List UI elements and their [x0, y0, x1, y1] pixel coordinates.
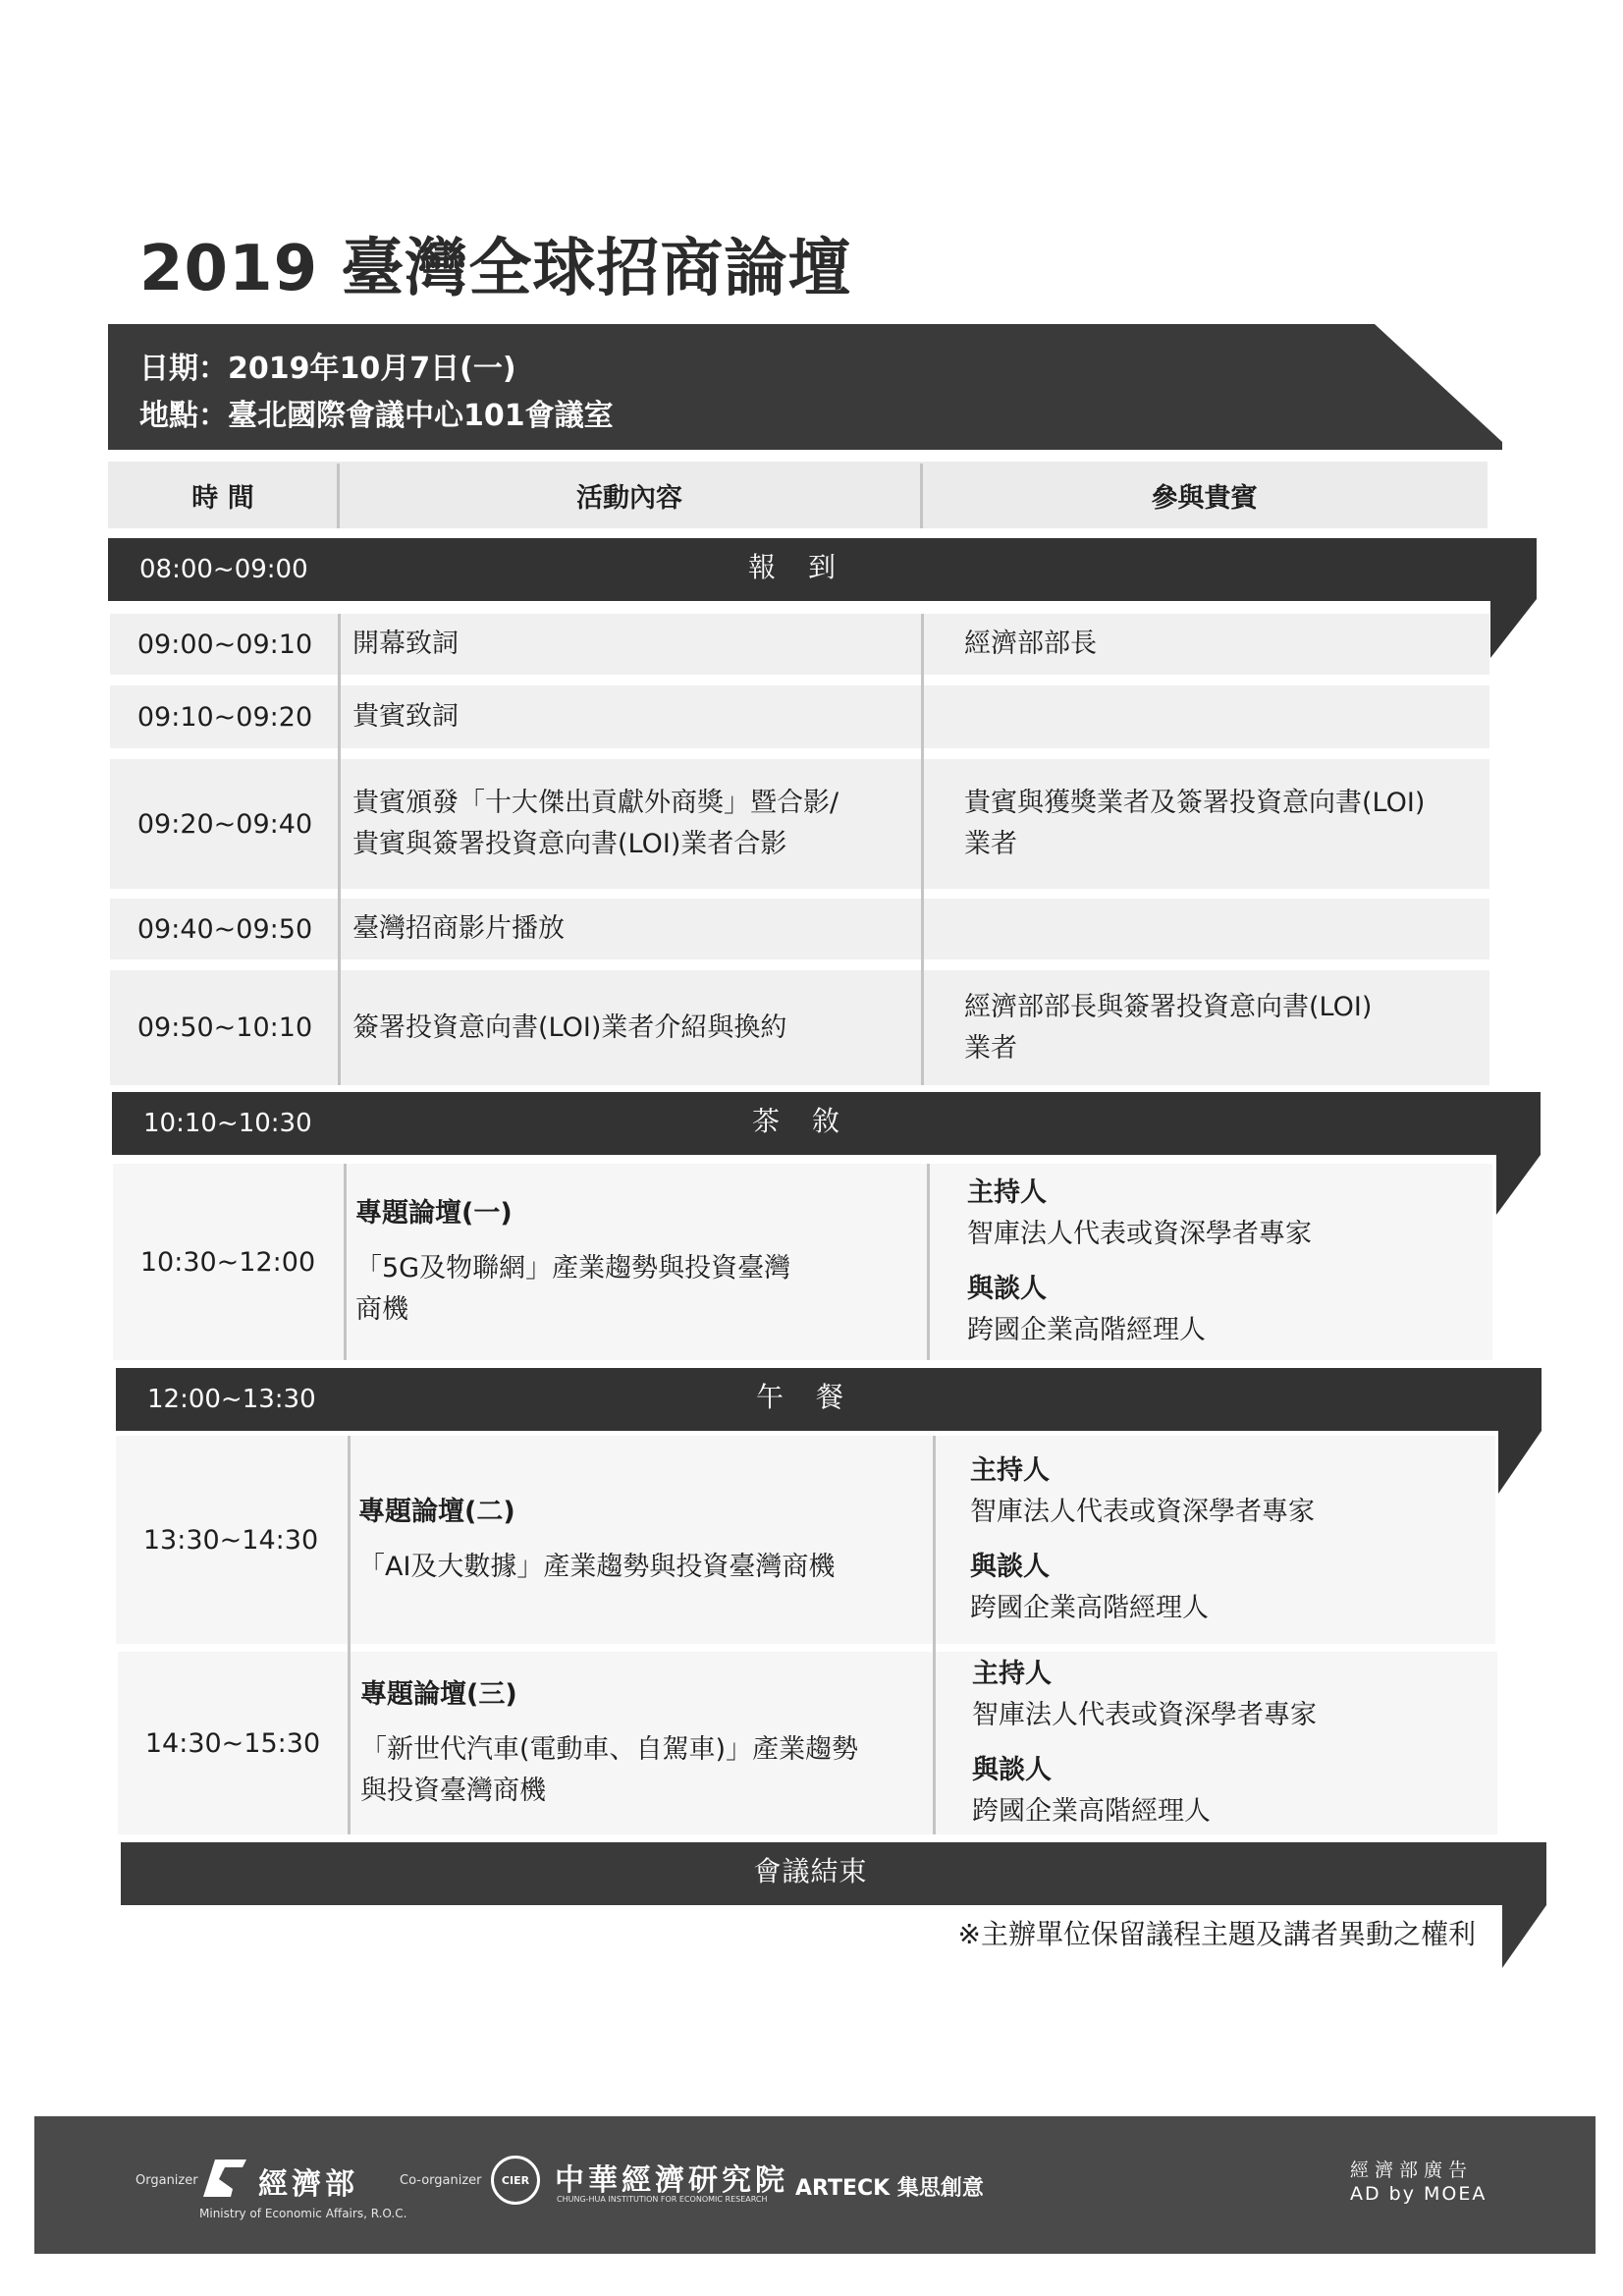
table-row: 10:30~12:00 專題論壇(一) 「5G及物聯網」產業趨勢與投資臺灣 商機… — [113, 1164, 1492, 1360]
activity-line: 「5G及物聯網」產業趨勢與投資臺灣 — [355, 1248, 790, 1289]
column-divider — [920, 464, 923, 528]
host-value: 智庫法人代表或資深學者專家 — [972, 1695, 1317, 1736]
host-value: 智庫法人代表或資深學者專家 — [970, 1492, 1315, 1533]
coorganizer-english-name: CHUNG-HUA INSTITUTION FOR ECONOMIC RESEA… — [557, 2195, 767, 2204]
panel-value: 跨國企業高階經理人 — [972, 1791, 1317, 1832]
activity-line: 貴賓與簽署投資意向書(LOI)業者合影 — [352, 824, 839, 865]
cier-logo-icon: CIER — [491, 2156, 540, 2205]
table-row: 09:00~09:10 開幕致詞 經濟部部長 — [110, 614, 1489, 675]
header-guests: 參與貴賓 — [921, 462, 1488, 528]
row-time: 10:30~12:00 — [113, 1164, 343, 1360]
row-activity: 貴賓頒發「十大傑出貢獻外商獎」暨合影/ 貴賓與簽署投資意向書(LOI)業者合影 — [352, 759, 912, 889]
band-label: 茶 敘 — [112, 1092, 1491, 1155]
band-label: 會議結束 — [121, 1842, 1500, 1905]
schedule-band-tea-break: 10:10~10:30 茶 敘 — [112, 1092, 1541, 1155]
activity-line: 「AI及大數據」產業趨勢與投資臺灣商機 — [358, 1547, 835, 1588]
table-row: 09:50~10:10 簽署投資意向書(LOI)業者介紹與換約 經濟部部長與簽署… — [110, 970, 1489, 1085]
row-time: 09:00~09:10 — [110, 614, 340, 675]
event-venue: 地點：臺北國際會議中心101會議室 — [139, 391, 614, 434]
column-divider — [921, 614, 924, 1085]
column-divider — [338, 614, 341, 1085]
row-activity: 專題論壇(一) 「5G及物聯網」產業趨勢與投資臺灣 商機 — [355, 1164, 915, 1360]
table-row: 09:10~09:20 貴賓致詞 — [110, 685, 1489, 748]
row-activity: 簽署投資意向書(LOI)業者介紹與換約 — [352, 970, 912, 1085]
ad-label-en: AD by MOEA — [1350, 2183, 1487, 2205]
row-activity: 專題論壇(三) 「新世代汽車(電動車、自駕車)」產業趨勢 與投資臺灣商機 — [360, 1652, 920, 1834]
sponsor-footer: Organizer 經濟部 Ministry of Economic Affai… — [34, 2116, 1596, 2254]
host-label: 主持人 — [970, 1450, 1315, 1492]
row-activity: 開幕致詞 — [352, 614, 912, 675]
panel-label: 與談人 — [967, 1269, 1312, 1310]
column-divider — [933, 1436, 936, 1834]
row-time: 14:30~15:30 — [118, 1652, 348, 1834]
column-divider — [927, 1164, 930, 1360]
organizer-label: Organizer — [135, 2173, 198, 2188]
row-time: 13:30~14:30 — [116, 1436, 346, 1644]
row-time: 09:50~10:10 — [110, 970, 340, 1085]
row-activity: 專題論壇(二) 「AI及大數據」產業趨勢與投資臺灣商機 — [358, 1436, 918, 1644]
forum-title: 專題論壇(二) — [358, 1492, 835, 1533]
panel-label: 與談人 — [972, 1750, 1317, 1791]
row-guests: 經濟部部長 — [964, 614, 1475, 675]
guest-line: 業者 — [964, 824, 1425, 865]
guest-line: 經濟部部長與簽署投資意向書(LOI) — [964, 987, 1372, 1028]
panel-value: 跨國企業高階經理人 — [967, 1310, 1312, 1351]
coorganizer-label: Co-organizer — [400, 2173, 482, 2188]
host-label: 主持人 — [972, 1654, 1317, 1695]
schedule-band-registration: 08:00~09:00 報 到 — [108, 538, 1537, 601]
forum-title: 專題論壇(三) — [360, 1674, 858, 1716]
activity-line: 貴賓頒發「十大傑出貢獻外商獎」暨合影/ — [352, 783, 839, 824]
panel-value: 跨國企業高階經理人 — [970, 1588, 1315, 1629]
activity-line: 商機 — [355, 1289, 790, 1331]
guest-line: 業者 — [964, 1028, 1372, 1069]
band-label: 午 餐 — [116, 1368, 1495, 1431]
event-date: 日期：2019年10月7日(一) — [139, 344, 516, 387]
schedule-band-end: 會議結束 — [121, 1842, 1546, 1905]
page-title: 2019 臺灣全球招商論壇 — [139, 218, 851, 308]
disclaimer-note: ※主辦單位保留議程主題及講者異動之權利 — [958, 1913, 1476, 1952]
table-row: 09:40~09:50 臺灣招商影片播放 — [110, 899, 1489, 959]
table-row: 09:20~09:40 貴賓頒發「十大傑出貢獻外商獎」暨合影/ 貴賓與簽署投資意… — [110, 759, 1489, 889]
table-header: 時 間 活動內容 參與貴賓 — [108, 462, 1488, 528]
table-row: 13:30~14:30 專題論壇(二) 「AI及大數據」產業趨勢與投資臺灣商機 … — [116, 1436, 1495, 1644]
row-time: 09:10~09:20 — [110, 685, 340, 748]
row-activity: 貴賓致詞 — [352, 685, 912, 748]
panel-label: 與談人 — [970, 1547, 1315, 1588]
forum-title: 專題論壇(一) — [355, 1193, 790, 1234]
schedule-band-lunch: 12:00~13:30 午 餐 — [116, 1368, 1542, 1431]
row-guests: 經濟部部長與簽署投資意向書(LOI) 業者 — [964, 970, 1475, 1085]
organizer-english-name: Ministry of Economic Affairs, R.O.C. — [199, 2207, 406, 2220]
header-time: 時 間 — [108, 462, 338, 528]
host-label: 主持人 — [967, 1173, 1312, 1214]
band-label: 報 到 — [108, 538, 1488, 601]
organizer-name: 經濟部 — [258, 2159, 358, 2203]
row-activity: 臺灣招商影片播放 — [352, 899, 912, 959]
row-guests: 主持人 智庫法人代表或資深學者專家 與談人 跨國企業高階經理人 — [967, 1164, 1478, 1360]
activity-line: 「新世代汽車(電動車、自駕車)」產業趨勢 — [360, 1729, 858, 1771]
table-row: 14:30~15:30 專題論壇(三) 「新世代汽車(電動車、自駕車)」產業趨勢… — [118, 1652, 1497, 1834]
host-value: 智庫法人代表或資深學者專家 — [967, 1214, 1312, 1255]
row-time: 09:40~09:50 — [110, 899, 340, 959]
header-activity: 活動內容 — [338, 462, 921, 528]
column-divider — [344, 1164, 347, 1360]
column-divider — [348, 1436, 351, 1834]
row-guests: 主持人 智庫法人代表或資深學者專家 與談人 跨國企業高階經理人 — [972, 1652, 1483, 1834]
row-time: 09:20~09:40 — [110, 759, 340, 889]
column-divider — [337, 464, 340, 528]
row-guests: 主持人 智庫法人代表或資深學者專家 與談人 跨國企業高階經理人 — [970, 1436, 1481, 1644]
row-guests: 貴賓與獲獎業者及簽署投資意向書(LOI) 業者 — [964, 759, 1475, 889]
partner-logo: ARTECK 集思創意 — [795, 2171, 984, 2202]
activity-line: 與投資臺灣商機 — [360, 1771, 858, 1812]
coorganizer-name: 中華經濟研究院 — [555, 2156, 788, 2199]
guest-line: 貴賓與獲獎業者及簽署投資意向書(LOI) — [964, 783, 1425, 824]
moea-logo-icon — [203, 2159, 246, 2197]
event-info-banner: 日期：2019年10月7日(一) 地點：臺北國際會議中心101會議室 — [108, 324, 1502, 450]
ad-label-zh: 經濟部廣告 — [1350, 2156, 1473, 2182]
